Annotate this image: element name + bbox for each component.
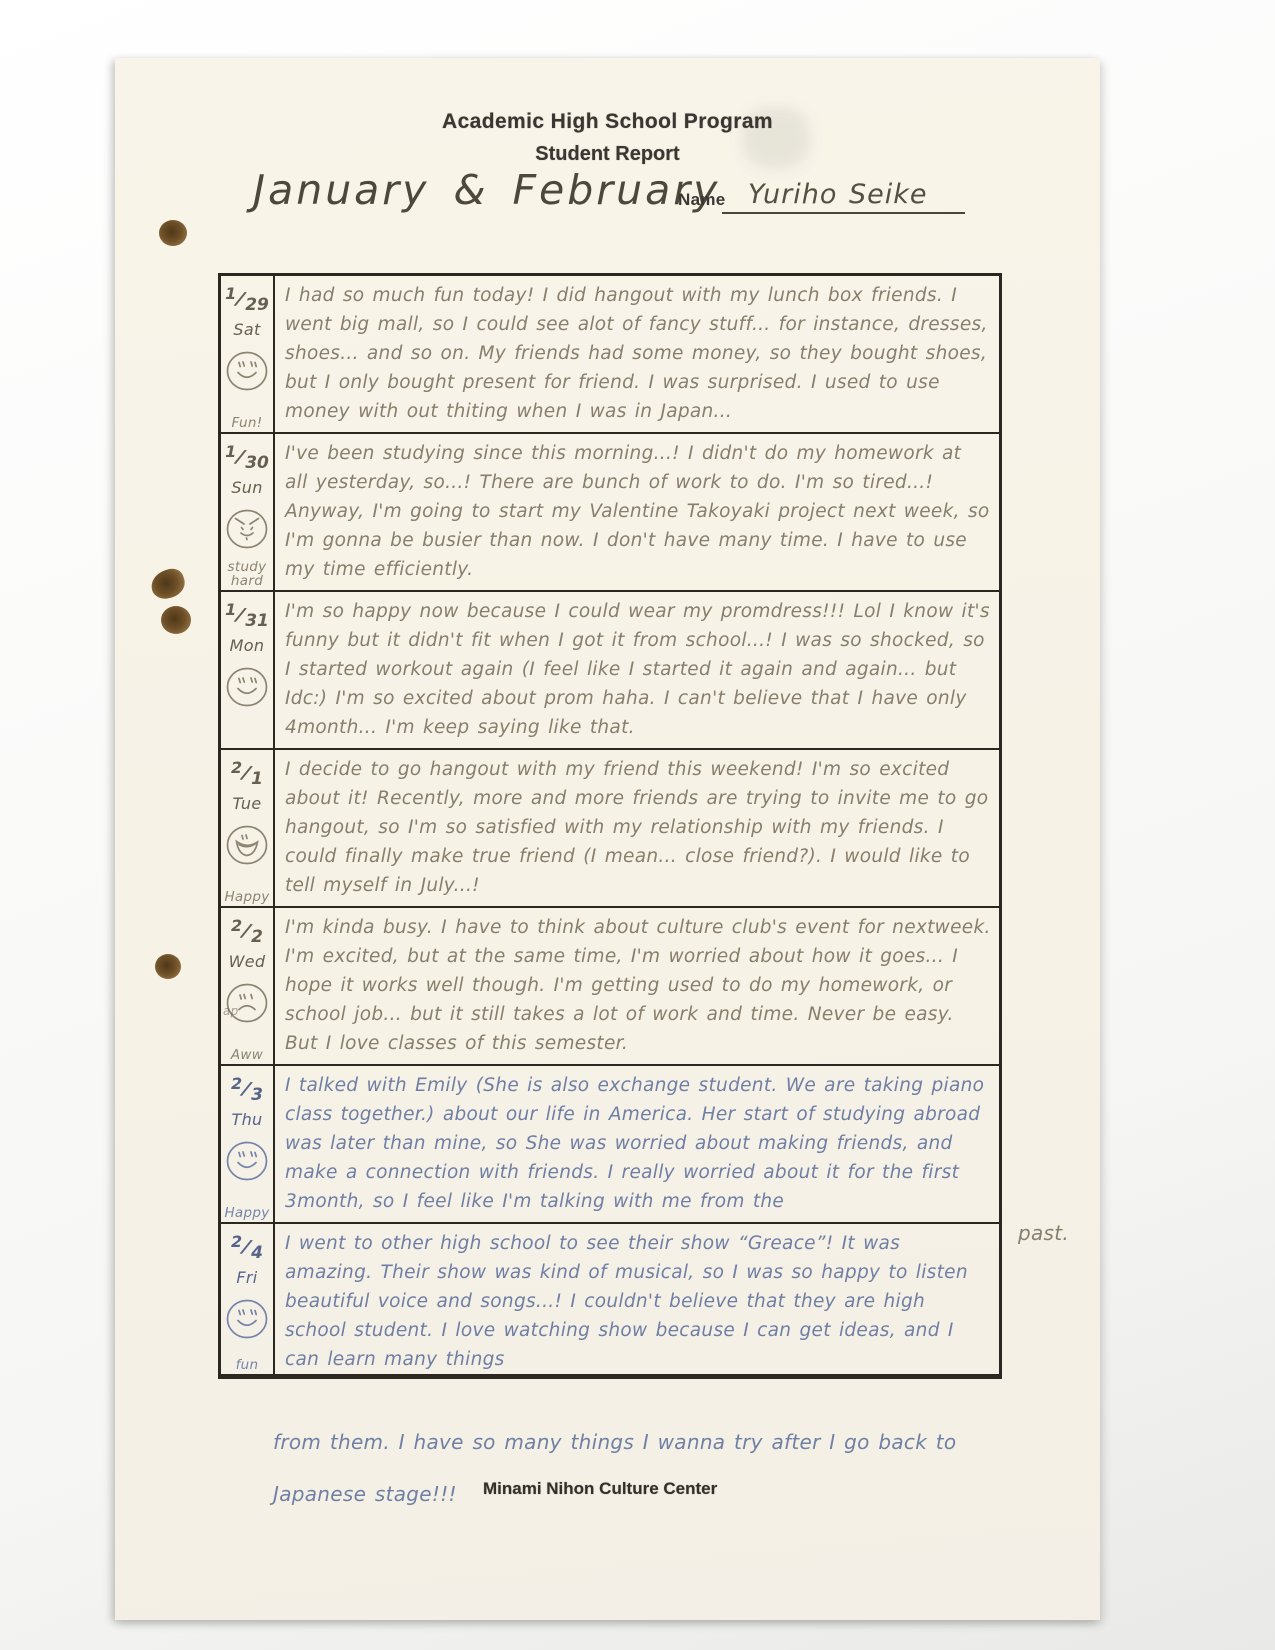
date-day: 4 (251, 1243, 263, 1263)
date-cell: 2/2 Wed Aww ap (221, 908, 275, 1064)
name-block: Name Yuriho Seike (678, 190, 968, 210)
date-cell: 2/4 Fri fun (221, 1224, 275, 1374)
date-cell: 2/3 Thu Happy (221, 1066, 275, 1222)
diary-entry-text: I'm so happy now because I could wear my… (275, 592, 999, 748)
date-day: 29 (245, 295, 269, 315)
entry-weekday: Sat (233, 320, 260, 339)
entry-date: 1/31 (225, 604, 269, 626)
report-table-row: 1/31 Mon I'm so happy now because I coul… (221, 592, 999, 750)
hole-punch (161, 606, 191, 634)
report-table-row: 2/1 Tue Happy I decide to go hangout wit… (221, 750, 999, 908)
date-day: 3 (251, 1085, 263, 1105)
sad-face-icon (224, 981, 270, 1025)
hole-punch (155, 954, 181, 979)
report-table-row: 1/29 Sat Fun! I had so much fun today! I… (221, 276, 999, 434)
entry-date: 1/30 (225, 446, 269, 468)
date-day: 31 (245, 611, 269, 631)
smiley-face-icon (224, 349, 270, 393)
diary-entry-text: I decide to go hangout with my friend th… (275, 750, 999, 906)
margin-note-past: past. (1018, 1221, 1069, 1245)
program-title: Academic High School Program (115, 110, 1100, 134)
hole-punch (148, 565, 189, 602)
smiley-face-icon (224, 1297, 270, 1341)
organization-name: Minami Nihon Culture Center (483, 1479, 717, 1499)
entry-date: 2/3 (231, 1078, 263, 1100)
stray-pencil-mark: ap (223, 1004, 239, 1018)
report-page: Academic High School Program Student Rep… (115, 58, 1100, 1620)
entry-weekday: Mon (230, 636, 265, 655)
entry-weekday: Tue (232, 794, 261, 813)
name-underline: Yuriho Seike (722, 176, 965, 214)
name-label: Name (678, 190, 726, 209)
date-day: 2 (251, 927, 263, 947)
date-cell: 1/31 Mon (221, 592, 275, 748)
diary-entry-text: I'm kinda busy. I have to think about cu… (275, 908, 999, 1064)
diary-entry-text: I've been studying since this morning...… (275, 434, 999, 590)
determined-face-icon (224, 507, 270, 551)
printed-header: Academic High School Program Student Rep… (115, 110, 1100, 166)
mood-label: Aww (231, 1048, 263, 1062)
date-cell: 1/30 Sun study hard (221, 434, 275, 590)
report-table-row: 2/2 Wed Aww ap I'm kinda busy. I have to… (221, 908, 999, 1066)
continuation-line-1: from them. I have so many things I wanna… (273, 1430, 956, 1454)
diary-entry-text: I talked with Emily (She is also exchang… (275, 1066, 999, 1222)
mood-label: study hard (221, 560, 273, 588)
date-day: 1 (251, 769, 263, 789)
report-table-row: 2/3 Thu Happy I talked with Emily (She i… (221, 1066, 999, 1224)
mood-label: Happy (224, 1206, 269, 1220)
entry-date: 2/4 (231, 1236, 263, 1258)
report-table-row: 2/4 Fri fun I went to other high school … (221, 1224, 999, 1376)
mood-label: Fun! (232, 416, 263, 430)
entry-weekday: Thu (232, 1110, 263, 1129)
laughing-face-icon (224, 823, 270, 867)
smiley-face-icon (224, 1139, 270, 1183)
entry-weekday: Fri (236, 1268, 257, 1287)
continuation-line-2: Japanese stage!!! (273, 1482, 457, 1506)
hole-punch (159, 220, 187, 246)
entry-weekday: Wed (229, 952, 266, 971)
entry-date: 2/1 (231, 762, 263, 784)
smiley-face-icon (224, 665, 270, 709)
mood-label: Happy (224, 890, 269, 904)
period-title: January & February (253, 166, 720, 214)
entry-weekday: Sun (231, 478, 262, 497)
date-cell: 1/29 Sat Fun! (221, 276, 275, 432)
date-day: 30 (245, 453, 269, 473)
diary-entry-text: I had so much fun today! I did hangout w… (275, 276, 999, 432)
date-cell: 2/1 Tue Happy (221, 750, 275, 906)
student-name: Yuriho Seike (748, 179, 991, 210)
entry-date: 2/2 (231, 920, 263, 942)
report-table: 1/29 Sat Fun! I had so much fun today! I… (218, 273, 1002, 1379)
entry-date: 1/29 (225, 288, 269, 310)
report-table-row: 1/30 Sun study hard I've been studying s… (221, 434, 999, 592)
report-title: Student Report (115, 143, 1100, 166)
mood-label: fun (236, 1358, 259, 1372)
diary-entry-text: I went to other high school to see their… (275, 1224, 999, 1374)
